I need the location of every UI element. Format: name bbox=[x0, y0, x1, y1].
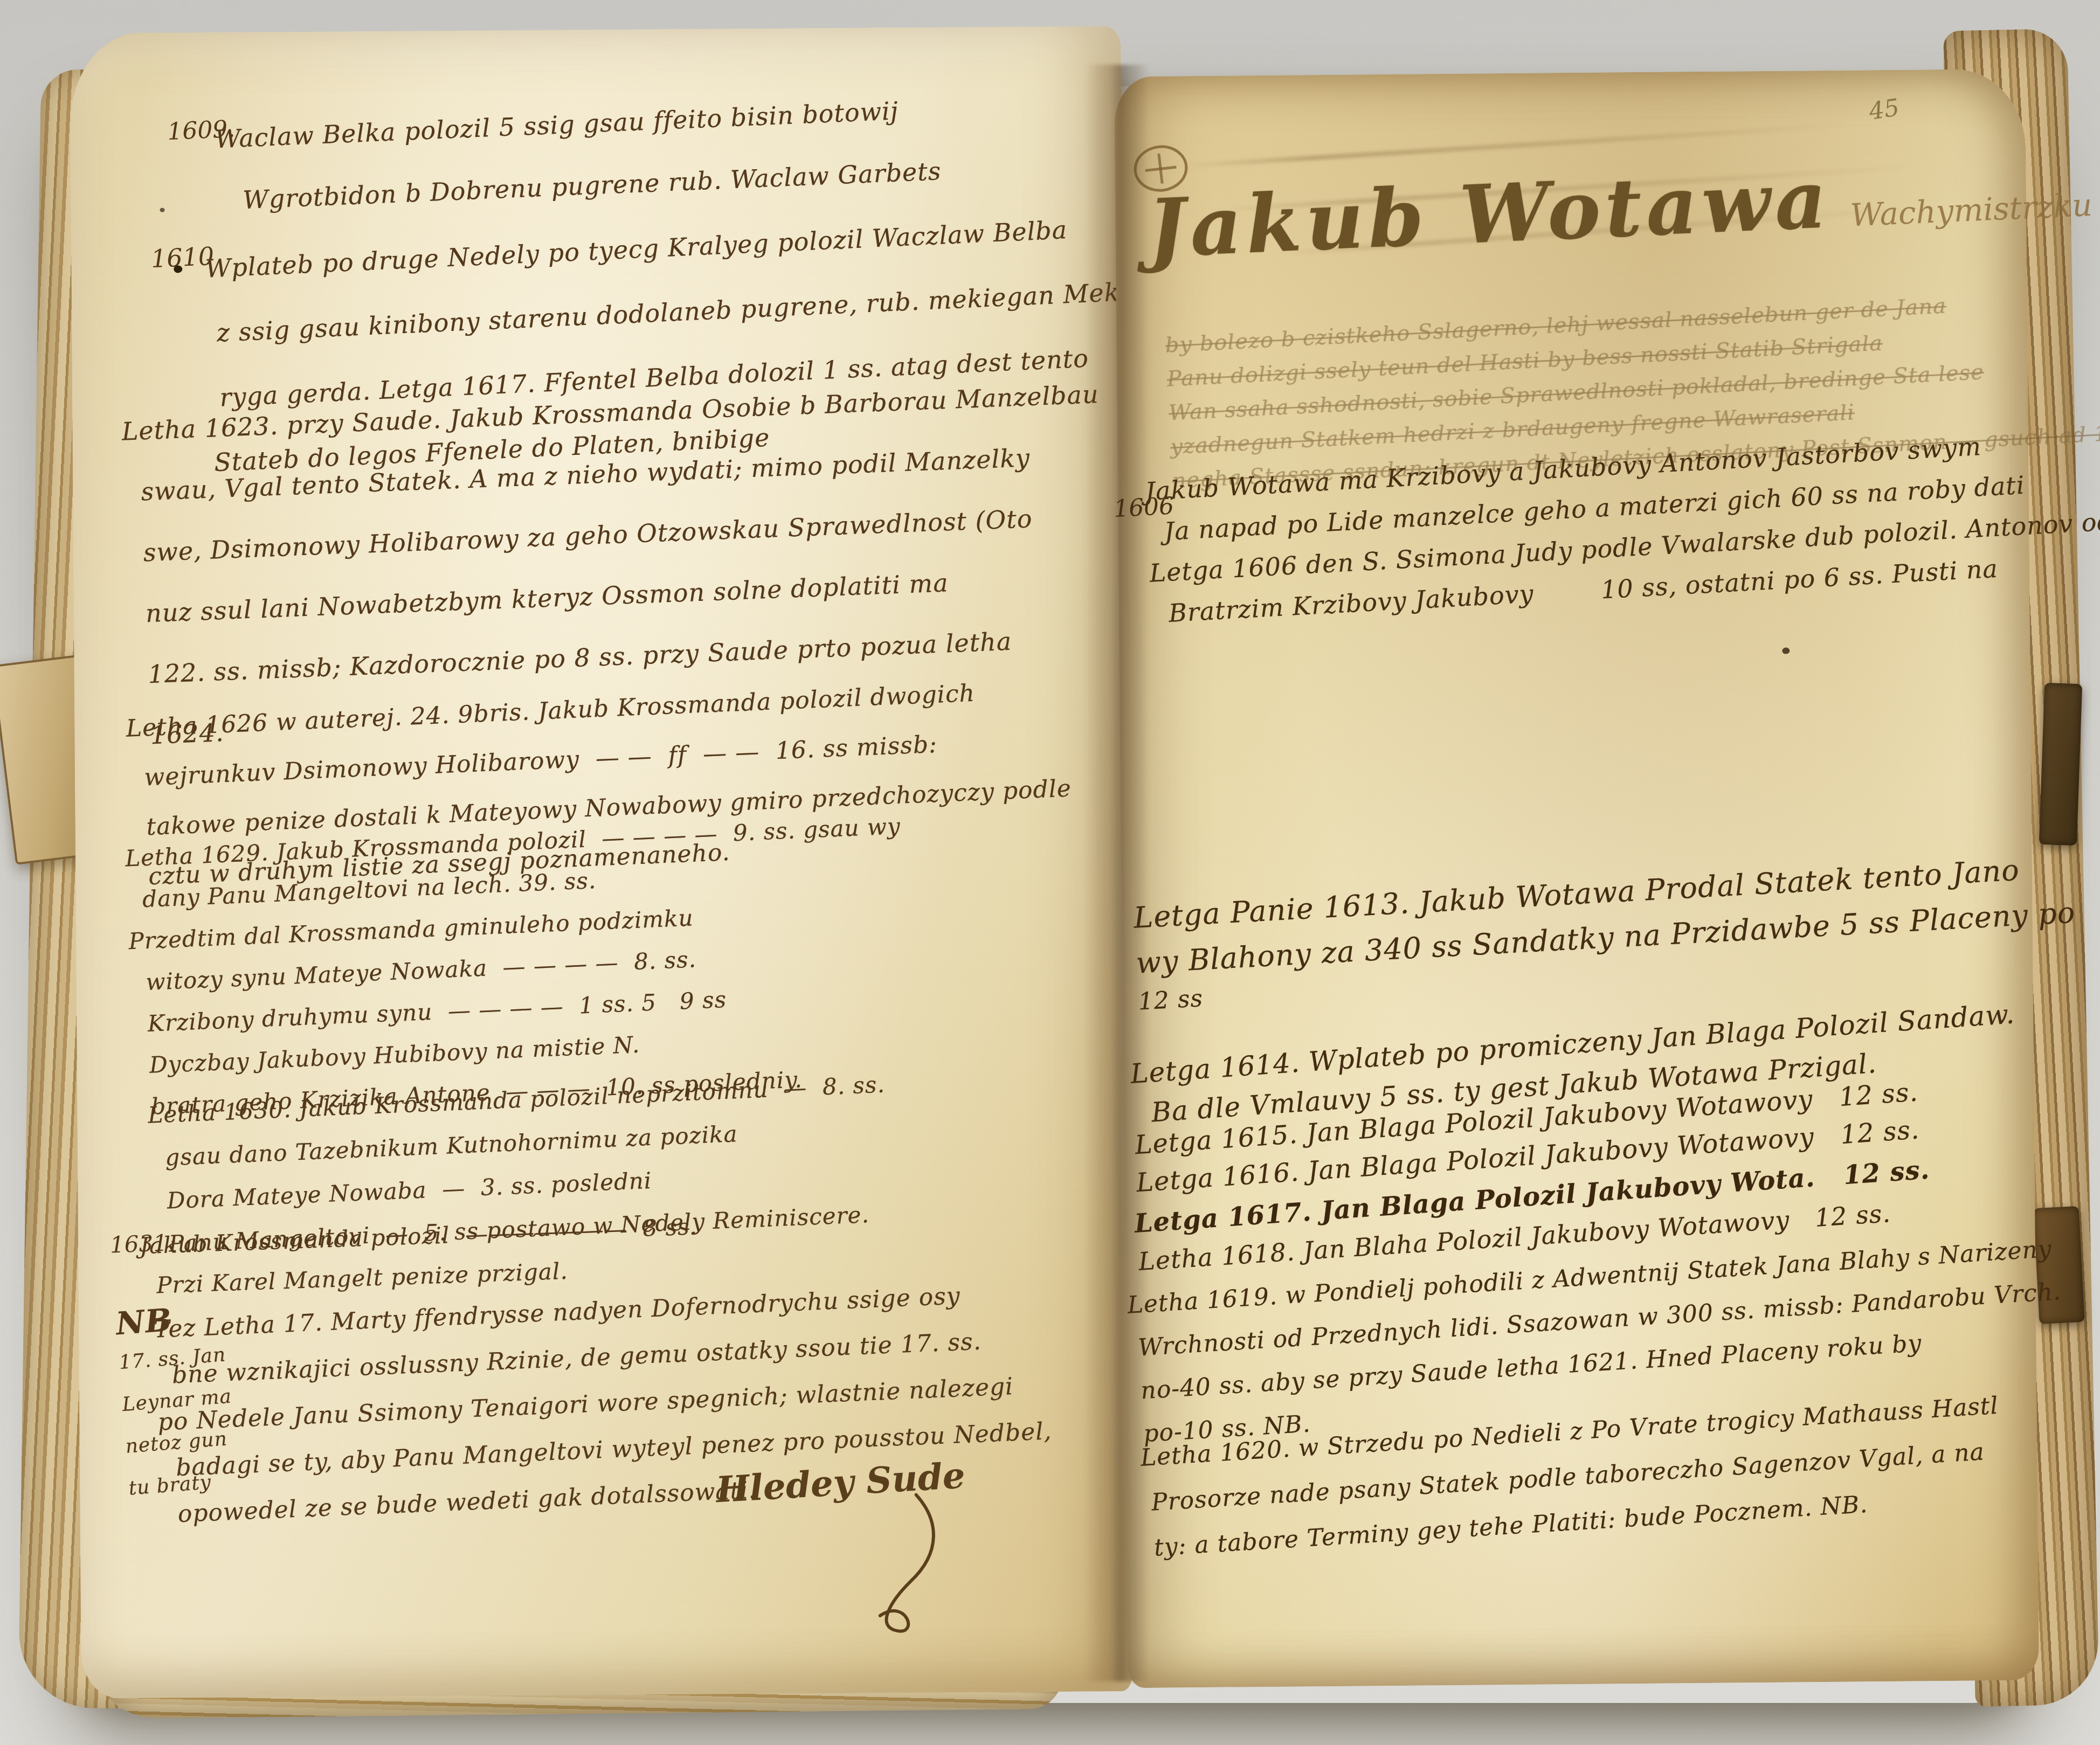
page-heading: Jakub Wotawa Wachymistrzku Sslageny bbox=[1146, 134, 2100, 276]
right-page: 45 Jakub Wotawa Wachymistrzku Sslageny b… bbox=[1114, 69, 2039, 1688]
margin-year-1609: 1609. bbox=[167, 115, 236, 146]
heading-suffix: Wachymistrzku Sslageny bbox=[1849, 180, 2100, 234]
left-page: 1609. Waclaw Belka polozil 5 ssig gsau f… bbox=[70, 26, 1132, 1699]
handwritten-line: Leynar ma bbox=[121, 1377, 215, 1426]
book-gutter-shadow bbox=[1084, 65, 1149, 1681]
entry-1613: Letga Panie 1613. Jakub Wotawa Prodal St… bbox=[1132, 845, 2078, 1016]
folio-number: 45 bbox=[1867, 94, 1901, 126]
nb-label: NB bbox=[115, 1299, 209, 1342]
signature-flourish bbox=[813, 1487, 963, 1657]
ink-blot-small bbox=[160, 208, 165, 212]
handwritten-line: tu braty bbox=[127, 1461, 222, 1510]
margin-note-nb: NB 17. ss. JanLeynar manetoz guntu braty bbox=[115, 1299, 222, 1510]
margin-year-1631: 1631 bbox=[109, 1230, 168, 1258]
margin-year-1610: 1610 bbox=[150, 241, 215, 273]
ink-blot bbox=[174, 265, 182, 273]
handwritten-line: netoz gun bbox=[124, 1419, 218, 1468]
heading-title: Jakub Wotawa bbox=[1146, 152, 1833, 275]
nb-lines: 17. ss. JanLeynar manetoz guntu braty bbox=[118, 1335, 222, 1509]
handwritten-line: 17. ss. Jan bbox=[118, 1335, 212, 1384]
manuscript-photo: 1609. Waclaw Belka polozil 5 ssig gsau f… bbox=[0, 0, 2100, 1745]
binding-clasp-upper bbox=[2039, 683, 2082, 846]
ink-blot-right bbox=[1782, 648, 1790, 654]
